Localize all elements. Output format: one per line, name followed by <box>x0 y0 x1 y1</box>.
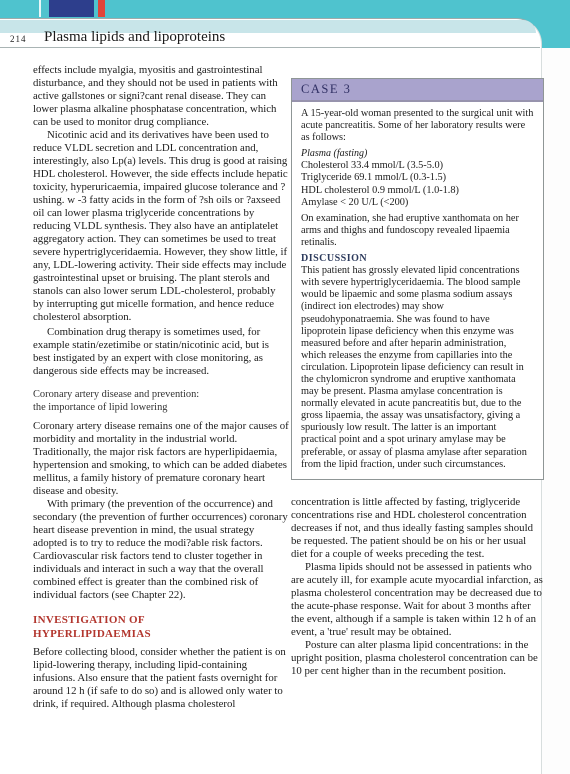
chapter-title: Plasma lipids and lipoproteins <box>44 29 225 46</box>
header-rule <box>0 47 540 48</box>
right-column: CASE 3 A 15-year-old woman presented to … <box>291 78 544 678</box>
body-paragraph: With primary (the prevention of the occu… <box>33 498 289 602</box>
page-number: 214 <box>10 34 27 44</box>
body-paragraph: Before collecting blood, consider whethe… <box>33 646 289 711</box>
chapter-tab-navy-block <box>49 0 94 17</box>
left-column: effects include myalgia, myositis and ga… <box>33 64 289 711</box>
chapter-tab-red-block <box>98 0 105 17</box>
body-paragraph: Combination drug therapy is sometimes us… <box>33 326 289 378</box>
body-paragraph: concentration is little affected by fast… <box>291 496 544 561</box>
case-box: CASE 3 A 15-year-old woman presented to … <box>291 78 544 480</box>
case-box-title: CASE 3 <box>301 82 351 96</box>
case-box-body: A 15-year-old woman presented to the sur… <box>292 102 543 479</box>
section-heading: INVESTIGATION OF HYPERLIPIDAEMIAS <box>33 613 289 641</box>
case-result-line: Cholesterol 33.4 mmol/L (3.5-5.0) <box>301 160 534 172</box>
case-result-line: Triglyceride 69.1 mmol/L (0.3-1.5) <box>301 172 534 184</box>
case-result-line: HDL cholesterol 0.9 mmol/L (1.0-1.8) <box>301 185 534 197</box>
body-paragraph: Nicotinic acid and its derivatives have … <box>33 129 289 324</box>
case-intro: A 15-year-old woman presented to the sur… <box>301 108 534 144</box>
case-discussion: This patient has grossly elevated lipid … <box>301 265 534 471</box>
subsection-heading-line: Coronary artery disease and prevention: <box>33 389 289 402</box>
section-heading-line: HYPERLIPIDAEMIAS <box>33 627 289 641</box>
case-sample-label: Plasma (fasting) <box>301 148 534 160</box>
body-paragraph: Coronary artery disease remains one of t… <box>33 420 289 498</box>
subsection-heading-line: the importance of lipid lowering <box>33 402 289 415</box>
body-paragraph: effects include myalgia, myositis and ga… <box>33 64 289 129</box>
subsection-heading: Coronary artery disease and prevention: … <box>33 389 289 414</box>
discussion-heading: DISCUSSION <box>301 253 534 265</box>
case-examination: On examination, she had eruptive xanthom… <box>301 213 534 249</box>
case-result-line: Amylase < 20 U/L (<200) <box>301 197 534 209</box>
case-box-header: CASE 3 <box>292 79 543 102</box>
body-paragraph: Plasma lipids should not be assessed in … <box>291 561 544 639</box>
body-paragraph: Posture can alter plasma lipid concentra… <box>291 639 544 678</box>
chapter-tab-divider <box>39 0 41 17</box>
section-heading-line: INVESTIGATION OF <box>33 613 289 627</box>
